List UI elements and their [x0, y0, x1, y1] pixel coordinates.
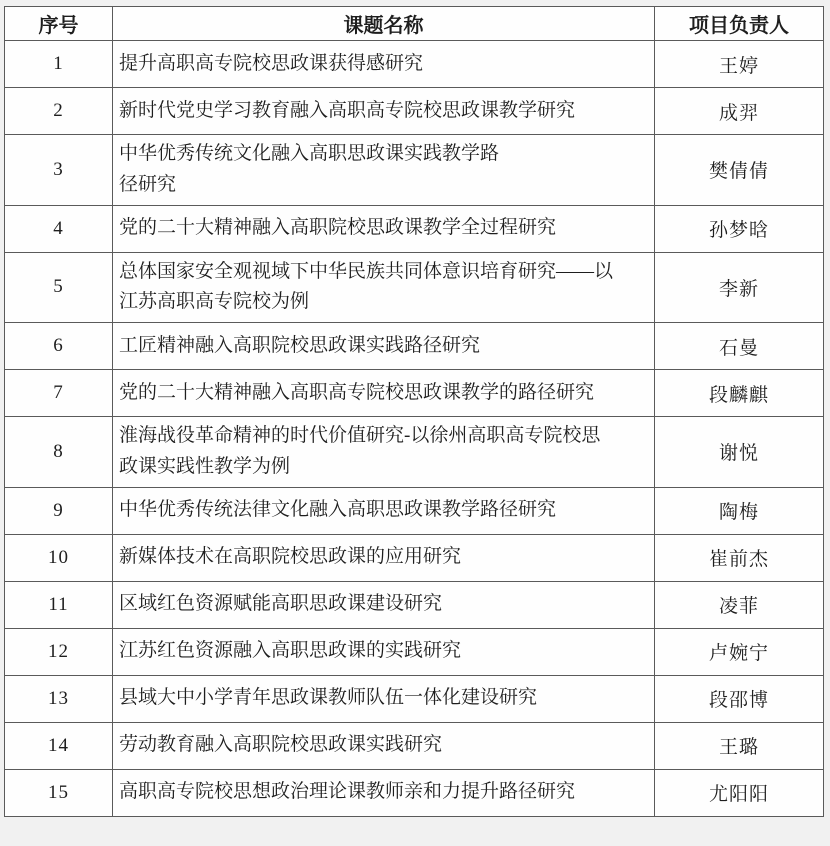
- document-page: 序号 课题名称 项目负责人 1提升高职高专院校思政课获得感研究王婷2新时代党史学…: [0, 0, 830, 846]
- column-header-title: 课题名称: [113, 7, 655, 41]
- cell-index: 11: [5, 581, 113, 628]
- cell-index: 1: [5, 41, 113, 88]
- table-body: 1提升高职高专院校思政课获得感研究王婷2新时代党史学习教育融入高职高专院校思政课…: [5, 41, 824, 817]
- cell-title: 县域大中小学青年思政课教师队伍一体化建设研究: [113, 675, 655, 722]
- table-row: 15高职高专院校思想政治理论课教师亲和力提升路径研究尤阳阳: [5, 769, 824, 816]
- cell-title: 江苏红色资源融入高职思政课的实践研究: [113, 628, 655, 675]
- table-row: 11区域红色资源赋能高职思政课建设研究凌菲: [5, 581, 824, 628]
- cell-title: 劳动教育融入高职院校思政课实践研究: [113, 722, 655, 769]
- cell-leader: 李新: [655, 252, 824, 323]
- cell-title: 党的二十大精神融入高职院校思政课教学全过程研究: [113, 205, 655, 252]
- table-row: 13县域大中小学青年思政课教师队伍一体化建设研究段邵博: [5, 675, 824, 722]
- cell-index: 7: [5, 370, 113, 417]
- cell-title: 总体国家安全观视域下中华民族共同体意识培育研究——以 江苏高职高专院校为例: [113, 252, 655, 323]
- cell-leader: 樊倩倩: [655, 135, 824, 206]
- cell-title: 淮海战役革命精神的时代价值研究-以徐州高职高专院校思 政课实践性教学为例: [113, 417, 655, 488]
- table-row: 6工匠精神融入高职院校思政课实践路径研究石曼: [5, 323, 824, 370]
- cell-title: 新时代党史学习教育融入高职高专院校思政课教学研究: [113, 88, 655, 135]
- table-row: 12江苏红色资源融入高职思政课的实践研究卢婉宁: [5, 628, 824, 675]
- header-row: 序号 课题名称 项目负责人: [5, 7, 824, 41]
- cell-title: 中华优秀传统法律文化融入高职思政课教学路径研究: [113, 487, 655, 534]
- cell-leader: 石曼: [655, 323, 824, 370]
- cell-leader: 谢悦: [655, 417, 824, 488]
- cell-title: 新媒体技术在高职院校思政课的应用研究: [113, 534, 655, 581]
- cell-index: 3: [5, 135, 113, 206]
- table-row: 5总体国家安全观视域下中华民族共同体意识培育研究——以 江苏高职高专院校为例李新: [5, 252, 824, 323]
- cell-leader: 孙梦晗: [655, 205, 824, 252]
- cell-leader: 尤阳阳: [655, 769, 824, 816]
- cell-index: 15: [5, 769, 113, 816]
- table-row: 2新时代党史学习教育融入高职高专院校思政课教学研究成羿: [5, 88, 824, 135]
- column-header-leader: 项目负责人: [655, 7, 824, 41]
- cell-index: 9: [5, 487, 113, 534]
- cell-title: 党的二十大精神融入高职高专院校思政课教学的路径研究: [113, 370, 655, 417]
- cell-leader: 成羿: [655, 88, 824, 135]
- cell-leader: 王璐: [655, 722, 824, 769]
- table-row: 7党的二十大精神融入高职高专院校思政课教学的路径研究段麟麒: [5, 370, 824, 417]
- cell-leader: 王婷: [655, 41, 824, 88]
- cell-leader: 卢婉宁: [655, 628, 824, 675]
- table-row: 4党的二十大精神融入高职院校思政课教学全过程研究孙梦晗: [5, 205, 824, 252]
- cell-index: 12: [5, 628, 113, 675]
- cell-index: 10: [5, 534, 113, 581]
- cell-title: 提升高职高专院校思政课获得感研究: [113, 41, 655, 88]
- cell-index: 2: [5, 88, 113, 135]
- column-header-index: 序号: [5, 7, 113, 41]
- cell-leader: 段邵博: [655, 675, 824, 722]
- cell-leader: 崔前杰: [655, 534, 824, 581]
- cell-leader: 段麟麒: [655, 370, 824, 417]
- cell-leader: 陶梅: [655, 487, 824, 534]
- table-row: 1提升高职高专院校思政课获得感研究王婷: [5, 41, 824, 88]
- cell-index: 8: [5, 417, 113, 488]
- project-list-table: 序号 课题名称 项目负责人 1提升高职高专院校思政课获得感研究王婷2新时代党史学…: [4, 6, 824, 817]
- cell-title: 中华优秀传统文化融入高职思政课实践教学路 径研究: [113, 135, 655, 206]
- table-header: 序号 课题名称 项目负责人: [5, 7, 824, 41]
- cell-title: 工匠精神融入高职院校思政课实践路径研究: [113, 323, 655, 370]
- table-row: 10新媒体技术在高职院校思政课的应用研究崔前杰: [5, 534, 824, 581]
- cell-index: 13: [5, 675, 113, 722]
- table-row: 8淮海战役革命精神的时代价值研究-以徐州高职高专院校思 政课实践性教学为例谢悦: [5, 417, 824, 488]
- cell-index: 14: [5, 722, 113, 769]
- cell-title: 高职高专院校思想政治理论课教师亲和力提升路径研究: [113, 769, 655, 816]
- table-row: 9中华优秀传统法律文化融入高职思政课教学路径研究陶梅: [5, 487, 824, 534]
- cell-index: 6: [5, 323, 113, 370]
- table-row: 3中华优秀传统文化融入高职思政课实践教学路 径研究樊倩倩: [5, 135, 824, 206]
- cell-title: 区域红色资源赋能高职思政课建设研究: [113, 581, 655, 628]
- cell-leader: 凌菲: [655, 581, 824, 628]
- cell-index: 5: [5, 252, 113, 323]
- table-row: 14劳动教育融入高职院校思政课实践研究王璐: [5, 722, 824, 769]
- cell-index: 4: [5, 205, 113, 252]
